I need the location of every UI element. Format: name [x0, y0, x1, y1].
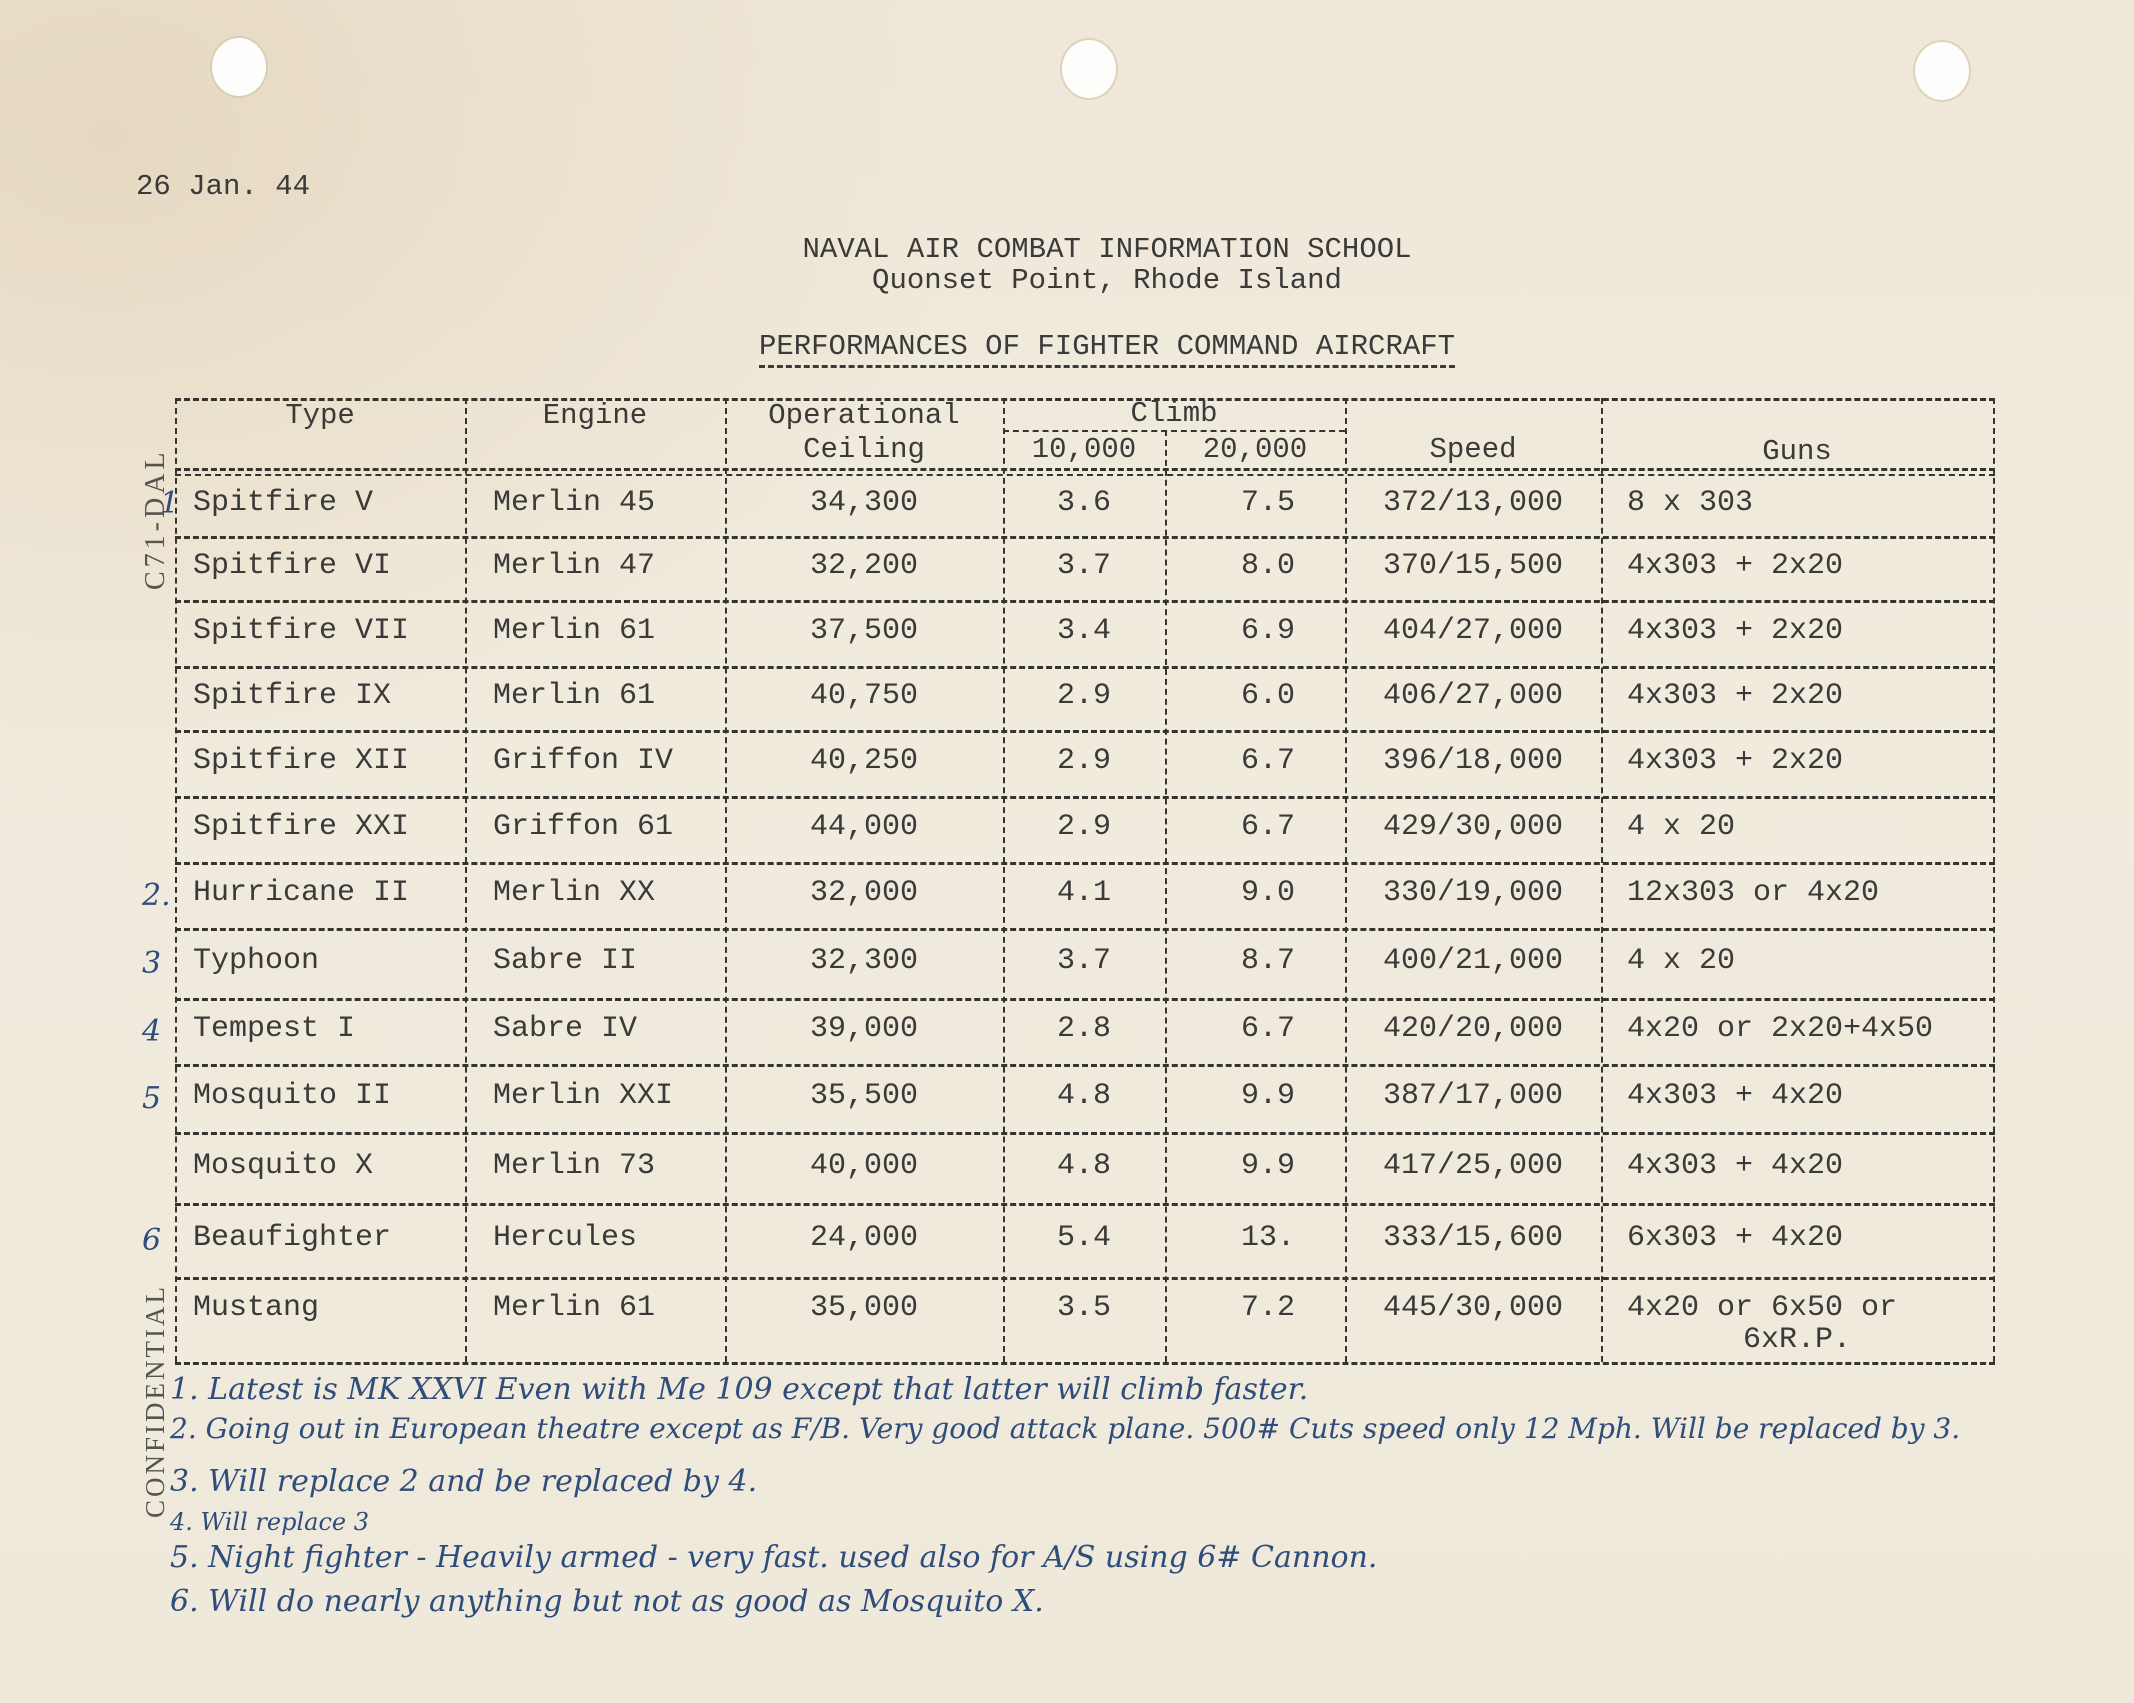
col-border-type-engine	[465, 398, 467, 1362]
cell-climb-20000: 7.2	[1165, 1291, 1345, 1325]
handwritten-note-3: 3. Will replace 2 and be replaced by 4.	[170, 1464, 757, 1499]
row-divider	[175, 1203, 1995, 1206]
cell-engine: Griffon IV	[493, 744, 725, 778]
cell-ceiling: 24,000	[725, 1221, 1003, 1255]
cell-ceiling: 32,200	[725, 549, 1003, 583]
row-divider	[175, 1132, 1995, 1135]
cell-type: Spitfire XII	[193, 744, 463, 778]
cell-ceiling: 37,500	[725, 614, 1003, 648]
cell-guns: 4x303 + 2x20	[1627, 614, 1993, 648]
header-climb-20000: 20,000	[1165, 434, 1345, 466]
cell-climb-10000: 3.7	[1003, 944, 1165, 978]
cell-type: Beaufighter	[193, 1221, 463, 1255]
header-climb-10000: 10,000	[1003, 434, 1165, 466]
cell-engine: Merlin XX	[493, 876, 725, 910]
cell-climb-20000: 6.7	[1165, 810, 1345, 844]
cell-speed: 404/27,000	[1345, 614, 1601, 648]
cell-engine: Merlin 61	[493, 614, 725, 648]
cell-speed: 400/21,000	[1345, 944, 1601, 978]
cell-climb-20000: 9.0	[1165, 876, 1345, 910]
row-divider	[175, 1064, 1995, 1067]
cell-climb-10000: 4.8	[1003, 1079, 1165, 1113]
cell-type: Typhoon	[193, 944, 463, 978]
cell-guns: 4x303 + 2x20	[1627, 549, 1993, 583]
cell-climb-20000: 9.9	[1165, 1079, 1345, 1113]
cell-ceiling: 40,750	[725, 679, 1003, 713]
handwritten-note-5: 5. Night fighter - Heavily armed - very …	[170, 1540, 1377, 1575]
row-divider	[175, 600, 1995, 603]
punch-hole-center	[1062, 40, 1116, 98]
table-border-bottom	[175, 1362, 1995, 1365]
cell-climb-20000: 8.0	[1165, 549, 1345, 583]
cell-speed: 396/18,000	[1345, 744, 1601, 778]
cell-engine: Merlin 45	[493, 486, 725, 520]
handwritten-note-4: 4. Will replace 3	[170, 1508, 369, 1536]
cell-type: Spitfire VI	[193, 549, 463, 583]
cell-ceiling: 35,000	[725, 1291, 1003, 1325]
header-climb: Climb	[1003, 398, 1345, 430]
margin-stamp-confidential: CONFIDENTIAL	[140, 1284, 171, 1518]
cell-guns: 4x303 + 2x20	[1627, 744, 1993, 778]
cell-type: Mosquito II	[193, 1079, 463, 1113]
row-divider	[175, 998, 1995, 1001]
cell-speed: 333/15,600	[1345, 1221, 1601, 1255]
cell-speed: 387/17,000	[1345, 1079, 1601, 1113]
row-divider	[175, 666, 1995, 669]
margin-note-number: 2.	[142, 878, 171, 913]
cell-type: Spitfire IX	[193, 679, 463, 713]
cell-engine: Merlin 73	[493, 1149, 725, 1183]
cell-engine: Merlin 61	[493, 1291, 725, 1325]
margin-note-number: 4	[142, 1014, 161, 1049]
cell-climb-10000: 3.7	[1003, 549, 1165, 583]
col-border-left	[175, 398, 177, 1362]
margin-note-number: 1	[160, 486, 179, 521]
institution-location: Quonset Point, Rhode Island	[0, 264, 2134, 297]
cell-climb-10000: 4.1	[1003, 876, 1165, 910]
cell-type: Mosquito X	[193, 1149, 463, 1183]
document-date: 26 Jan. 44	[136, 170, 310, 203]
col-border-speed-guns	[1601, 398, 1603, 1362]
cell-speed: 420/20,000	[1345, 1012, 1601, 1046]
punch-hole-right	[1915, 42, 1969, 100]
cell-type: Spitfire VII	[193, 614, 463, 648]
header-engine: Engine	[465, 400, 725, 432]
cell-type: Tempest I	[193, 1012, 463, 1046]
cell-engine: Sabre II	[493, 944, 725, 978]
cell-guns: 4x303 + 2x20	[1627, 679, 1993, 713]
cell-guns-line2: 6xR.P.	[1601, 1323, 1993, 1357]
cell-climb-20000: 8.7	[1165, 944, 1345, 978]
row-divider	[175, 536, 1995, 539]
header-border-double	[175, 474, 1995, 476]
cell-climb-20000: 6.7	[1165, 744, 1345, 778]
document-title-text: PERFORMANCES OF FIGHTER COMMAND AIRCRAFT	[759, 330, 1455, 368]
cell-climb-10000: 2.8	[1003, 1012, 1165, 1046]
climb-subheader-line	[1003, 430, 1345, 432]
cell-climb-20000: 9.9	[1165, 1149, 1345, 1183]
cell-climb-10000: 3.4	[1003, 614, 1165, 648]
cell-ceiling: 32,000	[725, 876, 1003, 910]
punch-hole-left	[212, 38, 266, 96]
margin-note-number: 5	[142, 1081, 161, 1116]
cell-climb-20000: 6.7	[1165, 1012, 1345, 1046]
handwritten-note-2: 2. Going out in European theatre except …	[170, 1412, 1960, 1445]
col-border-right	[1993, 398, 1995, 1362]
header-speed: Speed	[1345, 434, 1601, 466]
cell-speed: 417/25,000	[1345, 1149, 1601, 1183]
cell-speed: 406/27,000	[1345, 679, 1601, 713]
cell-climb-10000: 3.6	[1003, 486, 1165, 520]
cell-ceiling: 34,300	[725, 486, 1003, 520]
cell-climb-10000: 5.4	[1003, 1221, 1165, 1255]
cell-type: Mustang	[193, 1291, 463, 1325]
cell-guns: 4 x 20	[1627, 944, 1993, 978]
header-type: Type	[175, 400, 465, 432]
cell-climb-10000: 2.9	[1003, 679, 1165, 713]
cell-climb-20000: 13.	[1165, 1221, 1345, 1255]
cell-ceiling: 39,000	[725, 1012, 1003, 1046]
row-divider	[175, 862, 1995, 865]
cell-speed: 445/30,000	[1345, 1291, 1601, 1325]
cell-climb-10000: 2.9	[1003, 744, 1165, 778]
cell-speed: 370/15,500	[1345, 549, 1601, 583]
cell-guns: 4 x 20	[1627, 810, 1993, 844]
cell-climb-20000: 6.9	[1165, 614, 1345, 648]
row-divider	[175, 730, 1995, 733]
cell-speed: 429/30,000	[1345, 810, 1601, 844]
performance-table: Type Engine Operational Ceiling Climb 10…	[175, 398, 1995, 1362]
cell-engine: Merlin 61	[493, 679, 725, 713]
cell-engine: Griffon 61	[493, 810, 725, 844]
cell-guns: 12x303 or 4x20	[1627, 876, 1993, 910]
margin-note-number: 3	[142, 946, 161, 981]
cell-guns: 4x303 + 4x20	[1627, 1149, 1993, 1183]
handwritten-note-6: 6. Will do nearly anything but not as go…	[170, 1584, 1044, 1619]
cell-ceiling: 44,000	[725, 810, 1003, 844]
institution-name: NAVAL AIR COMBAT INFORMATION SCHOOL	[0, 233, 2134, 266]
header-ceiling-line2: Ceiling	[725, 434, 1003, 466]
cell-speed: 372/13,000	[1345, 486, 1601, 520]
cell-type: Spitfire XXI	[193, 810, 463, 844]
cell-ceiling: 35,500	[725, 1079, 1003, 1113]
cell-guns: 4x303 + 4x20	[1627, 1079, 1993, 1113]
cell-guns: 8 x 303	[1627, 486, 1993, 520]
cell-engine: Merlin 47	[493, 549, 725, 583]
cell-climb-20000: 7.5	[1165, 486, 1345, 520]
margin-note-number: 6	[142, 1223, 161, 1258]
cell-climb-20000: 6.0	[1165, 679, 1345, 713]
handwritten-note-1: 1. Latest is MK XXVI Even with Me 109 ex…	[170, 1372, 1308, 1407]
cell-ceiling: 40,250	[725, 744, 1003, 778]
cell-type: Spitfire V	[193, 486, 463, 520]
cell-guns: 6x303 + 4x20	[1627, 1221, 1993, 1255]
header-guns: Guns	[1601, 436, 1993, 468]
document-title: PERFORMANCES OF FIGHTER COMMAND AIRCRAFT	[0, 330, 2134, 363]
row-divider	[175, 796, 1995, 799]
cell-guns: 4x20 or 2x20+4x50	[1627, 1012, 1993, 1046]
row-divider	[175, 928, 1995, 931]
header-border-bottom	[175, 468, 1995, 471]
cell-climb-10000: 2.9	[1003, 810, 1165, 844]
header-ceiling-line1: Operational	[725, 400, 1003, 432]
row-divider	[175, 1277, 1995, 1280]
cell-guns: 4x20 or 6x50 or	[1627, 1291, 1993, 1325]
cell-climb-10000: 4.8	[1003, 1149, 1165, 1183]
cell-ceiling: 40,000	[725, 1149, 1003, 1183]
cell-ceiling: 32,300	[725, 944, 1003, 978]
cell-type: Hurricane II	[193, 876, 463, 910]
cell-engine: Hercules	[493, 1221, 725, 1255]
cell-engine: Sabre IV	[493, 1012, 725, 1046]
cell-climb-10000: 3.5	[1003, 1291, 1165, 1325]
cell-engine: Merlin XXI	[493, 1079, 725, 1113]
cell-speed: 330/19,000	[1345, 876, 1601, 910]
